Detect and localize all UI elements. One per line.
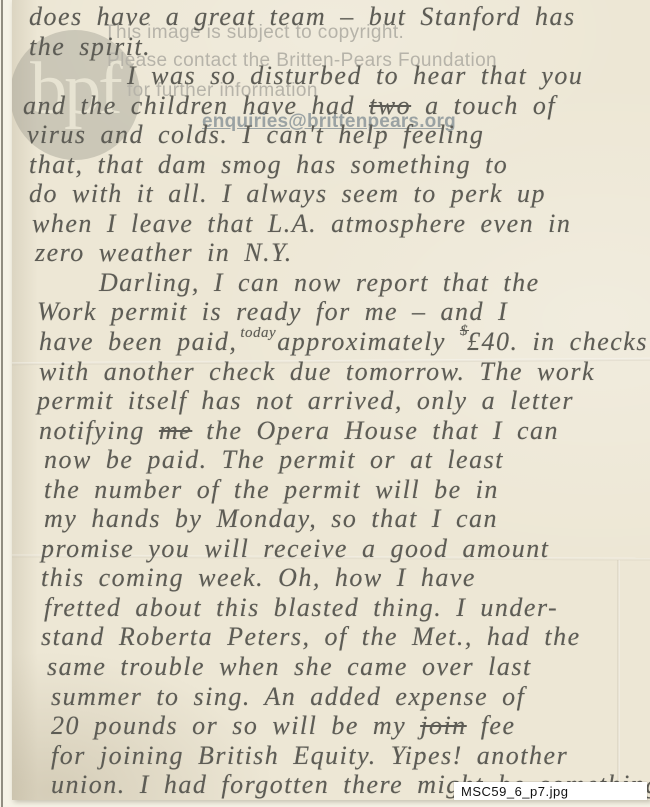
letter-line: do with it all. I always seem to perk up bbox=[29, 179, 650, 209]
letter-line: the spirit. bbox=[29, 32, 650, 62]
letter-line: virus and colds. I can't help feeling bbox=[27, 120, 650, 150]
letter-line: the number of the permit will be in bbox=[44, 475, 650, 505]
letter-line: and the children have had two a touch of bbox=[23, 91, 650, 121]
letter-line: that, that dam smog has something to bbox=[29, 150, 650, 180]
filename-label: MSC59_6_p7.jpg bbox=[454, 782, 647, 800]
letter-text-segment: have been paid, bbox=[39, 327, 237, 356]
letter-line: zero weather in N.Y. bbox=[35, 238, 650, 268]
letter-text-segment: I was so disturbed to hear that you bbox=[127, 61, 583, 90]
letter-text-segment: do with it all. I always seem to perk up bbox=[29, 179, 546, 208]
letter-line: stand Roberta Peters, of the Met., had t… bbox=[41, 622, 650, 652]
letter-text-segment: this coming week. Oh, how I have bbox=[41, 563, 476, 592]
letter-line: for joining British Equity. Yipes! anoth… bbox=[51, 741, 650, 771]
letter-line: notifying me the Opera House that I can bbox=[39, 416, 650, 446]
letter-line: same trouble when she came over last bbox=[47, 652, 650, 682]
letter-line: promise you will receive a good amount bbox=[41, 534, 650, 564]
letter-text-segment: join bbox=[420, 711, 466, 740]
letter-line: Darling, I can now report that the bbox=[99, 268, 650, 298]
letter-text-segment: summer to sing. An added expense of bbox=[51, 682, 525, 711]
letter-line: this coming week. Oh, how I have bbox=[41, 563, 650, 593]
letter-text-segment: permit itself has not arrived, only a le… bbox=[37, 386, 574, 415]
letter-text-segment: the number of the permit will be in bbox=[44, 475, 499, 504]
letter-text-segment: when I leave that L.A. atmosphere even i… bbox=[32, 209, 571, 238]
letter-text-segment: same trouble when she came over last bbox=[47, 652, 532, 681]
scanned-letter-page: bpf This image is subject to copyright. … bbox=[0, 0, 650, 807]
letter-text-segment: today bbox=[240, 325, 276, 342]
letter-line: now be paid. The permit or at least bbox=[44, 445, 650, 475]
letter-text-segment: with another check due tomorrow. The wor… bbox=[39, 357, 595, 386]
letter-text-segment: and the children have had bbox=[23, 91, 369, 120]
letter-text-segment: for joining British Equity. Yipes! anoth… bbox=[51, 741, 568, 770]
letter-line: summer to sing. An added expense of bbox=[51, 682, 650, 712]
letter-text-segment: fee bbox=[467, 711, 516, 740]
letter-line: have been paid,todayapproximately $£40. … bbox=[39, 327, 650, 357]
letter-text-segment: virus and colds. I can't help feeling bbox=[27, 120, 484, 149]
letter-text-segment: me bbox=[159, 416, 192, 445]
letter-text-segment: that, that dam smog has something to bbox=[29, 150, 508, 179]
letter-line: permit itself has not arrived, only a le… bbox=[37, 386, 650, 416]
letter-paper: bpf This image is subject to copyright. … bbox=[12, 0, 650, 800]
letter-line: I was so disturbed to hear that you bbox=[127, 61, 650, 91]
letter-text-segment: notifying bbox=[39, 416, 159, 445]
letter-text-segment: the spirit. bbox=[29, 32, 151, 61]
letter-line: fretted about this blasted thing. I unde… bbox=[44, 593, 650, 623]
letter-text-segment: now be paid. The permit or at least bbox=[44, 445, 504, 474]
letter-text-segment: Work permit is ready for me – and I bbox=[37, 297, 508, 326]
letter-line: with another check due tomorrow. The wor… bbox=[39, 357, 650, 387]
letter-text-segment: stand Roberta Peters, of the Met., had t… bbox=[41, 622, 581, 651]
letter-text-segment: zero weather in N.Y. bbox=[35, 238, 293, 267]
letter-line: does have a great team – but Stanford ha… bbox=[29, 2, 650, 32]
scan-left-edge bbox=[1, 0, 3, 807]
letter-text-segment: approximately bbox=[277, 327, 460, 356]
letter-line: my hands by Monday, so that I can bbox=[44, 504, 650, 534]
letter-text-segment: £40. in checks bbox=[467, 327, 648, 356]
letter-line: 20 pounds or so will be my join fee bbox=[51, 711, 650, 741]
letter-line: Work permit is ready for me – and I bbox=[37, 297, 650, 327]
letter-text-segment: fretted about this blasted thing. I unde… bbox=[44, 593, 558, 622]
letter-text-segment: the Opera House that I can bbox=[192, 416, 559, 445]
letter-text-segment: a touch of bbox=[411, 91, 556, 120]
handwritten-letter-text: does have a great team – but Stanford ha… bbox=[26, 2, 650, 800]
letter-text-segment: 20 pounds or so will be my bbox=[51, 711, 420, 740]
letter-text-segment: Darling, I can now report that the bbox=[99, 268, 540, 297]
letter-text-segment: $ bbox=[460, 323, 469, 340]
letter-line: when I leave that L.A. atmosphere even i… bbox=[32, 209, 650, 239]
letter-text-segment: two bbox=[369, 91, 411, 120]
letter-text-segment: does have a great team – but Stanford ha… bbox=[29, 2, 576, 31]
letter-text-segment: my hands by Monday, so that I can bbox=[44, 504, 498, 533]
letter-text-segment: promise you will receive a good amount bbox=[41, 534, 549, 563]
